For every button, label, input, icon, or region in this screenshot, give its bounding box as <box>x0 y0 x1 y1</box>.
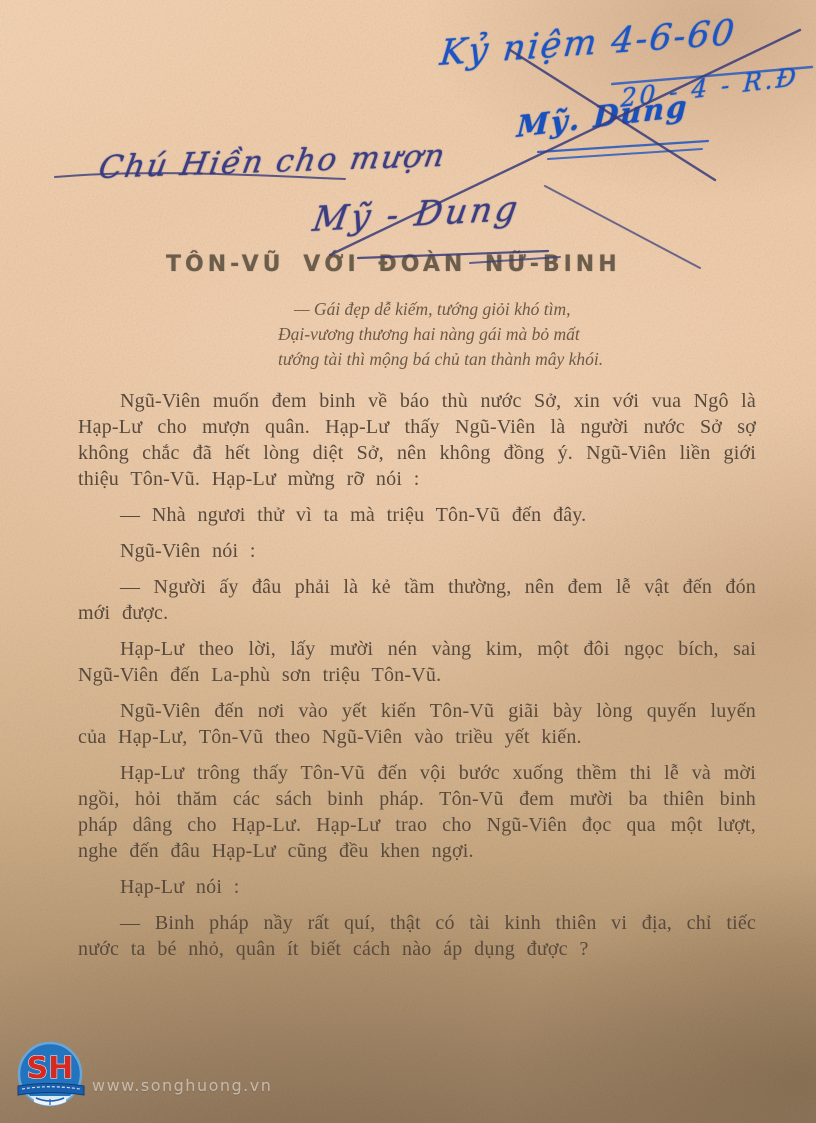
epigraph-verse: — Gái đẹp dễ kiếm, tướng giỏi khó tìm, Đ… <box>278 297 748 372</box>
songhuong-logo: SH <box>16 1038 86 1114</box>
paragraph: Hạp-Lư trông thấy Tôn-Vũ đến vội bước xu… <box>78 760 756 864</box>
chapter-title: TÔN-VŨ VỚI ĐOÀN NỮ-BINH <box>166 252 816 277</box>
scanned-book-page: Kỷ niệm 4-6-60 20 - 4 - R.Đ Mỹ. Dung Chú… <box>0 0 816 1123</box>
paragraph: Ngũ-Viên muốn đem binh về báo thù nước S… <box>78 388 756 492</box>
epigraph-line: Đại-vương thương hai nàng gái mà bỏ mất <box>278 322 748 347</box>
printed-content: TÔN-VŨ VỚI ĐOÀN NỮ-BINH — Gái đẹp dễ kiế… <box>0 252 816 972</box>
svg-text:SH: SH <box>27 1051 74 1086</box>
body-text: Ngũ-Viên muốn đem binh về báo thù nước S… <box>78 388 756 962</box>
handwritten-dedication: Chú Hiền cho mượn <box>96 138 449 186</box>
paragraph: Hạp-Lư theo lời, lấy mười nén vàng kim, … <box>78 636 756 688</box>
watermark-url: www.songhuong.vn <box>92 1076 272 1095</box>
handwritten-signature: Mỹ - Dung <box>310 189 523 240</box>
dialogue-line: — Nhà ngươi thử vì ta mà triệu Tôn-Vũ đế… <box>78 502 756 528</box>
handwritten-memento: Kỷ niệm 4-6-60 <box>438 13 738 74</box>
epigraph-line: — Gái đẹp dễ kiếm, tướng giỏi khó tìm, <box>278 297 748 322</box>
epigraph-line: tướng tài thì mộng bá chủ tan thành mây … <box>278 347 748 372</box>
paragraph: Ngũ-Viên đến nơi vào yết kiến Tôn-Vũ giã… <box>78 698 756 750</box>
paragraph: Ngũ-Viên nói : <box>78 538 756 564</box>
songhuong-logo-icon: SH <box>16 1038 86 1114</box>
dialogue-line: — Binh pháp nầy rất quí, thật có tài kin… <box>78 910 756 962</box>
dialogue-line: — Người ấy đâu phải là kẻ tầm thường, nê… <box>78 574 756 626</box>
handwritten-signature-top: Mỹ. Dung <box>516 88 689 144</box>
paragraph: Hạp-Lư nói : <box>78 874 756 900</box>
